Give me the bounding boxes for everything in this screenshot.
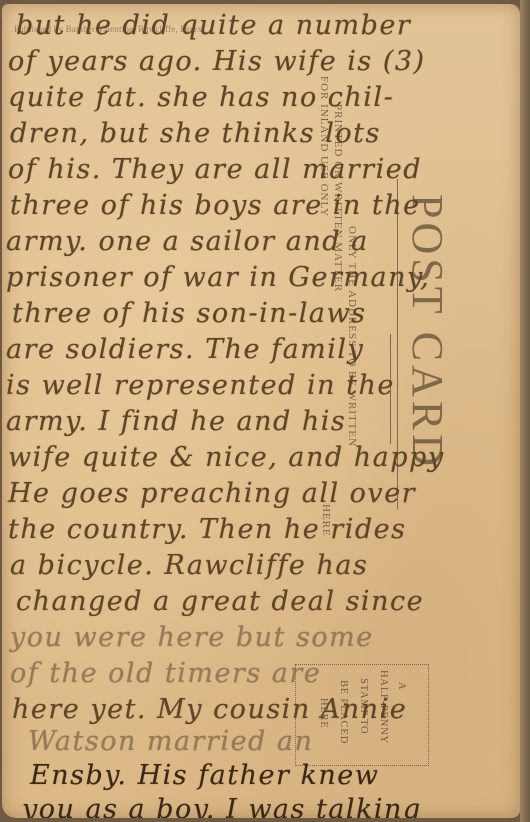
handwritten-line: of his. They are all married — [8, 154, 422, 185]
post-card-title: POST CARD — [402, 194, 453, 470]
handwritten-line: are soldiers. The family — [6, 334, 364, 365]
handwritten-line: changed a great deal since — [16, 586, 424, 617]
handwritten-line: the country. Then he rides — [8, 514, 407, 545]
handwritten-line: you as a boy. I was talking — [22, 794, 422, 818]
handwritten-line: He goes preaching all over — [8, 478, 416, 509]
handwritten-line: three of his boys are in the — [10, 190, 421, 221]
handwritten-line: wife quite & nice, and happy — [8, 442, 445, 473]
handwritten-line: Watson married an — [28, 726, 313, 757]
handwritten-line: of years ago. His wife is (3) — [8, 46, 426, 77]
handwritten-line: dren, but she thinks lots — [10, 118, 381, 149]
handwritten-line: you were here but some — [10, 622, 374, 653]
handwritten-line: of the old timers are — [10, 658, 321, 689]
postcard: Published by Bamber Valentine, Rawcliffe… — [2, 4, 520, 818]
stamp-box-text: A — [396, 682, 407, 690]
handwritten-line: prisoner of war in Germany, — [6, 262, 430, 293]
handwritten-line: quite fat. she has no chil- — [8, 82, 394, 113]
handwritten-line: a bicycle. Rawcliffe has — [10, 550, 368, 581]
handwritten-line: Ensby. His father knew — [30, 760, 379, 791]
handwritten-line: three of his son-in-laws — [12, 298, 366, 329]
card-right-edge-shadow — [520, 0, 530, 822]
handwritten-line: but he did quite a number — [16, 10, 411, 41]
handwritten-line: army. I find he and his — [6, 406, 346, 437]
handwritten-line: army. one a sailor and a — [6, 226, 369, 257]
handwritten-line: is well represented in the — [6, 370, 395, 401]
handwritten-line: here yet. My cousin Annie — [12, 694, 407, 725]
